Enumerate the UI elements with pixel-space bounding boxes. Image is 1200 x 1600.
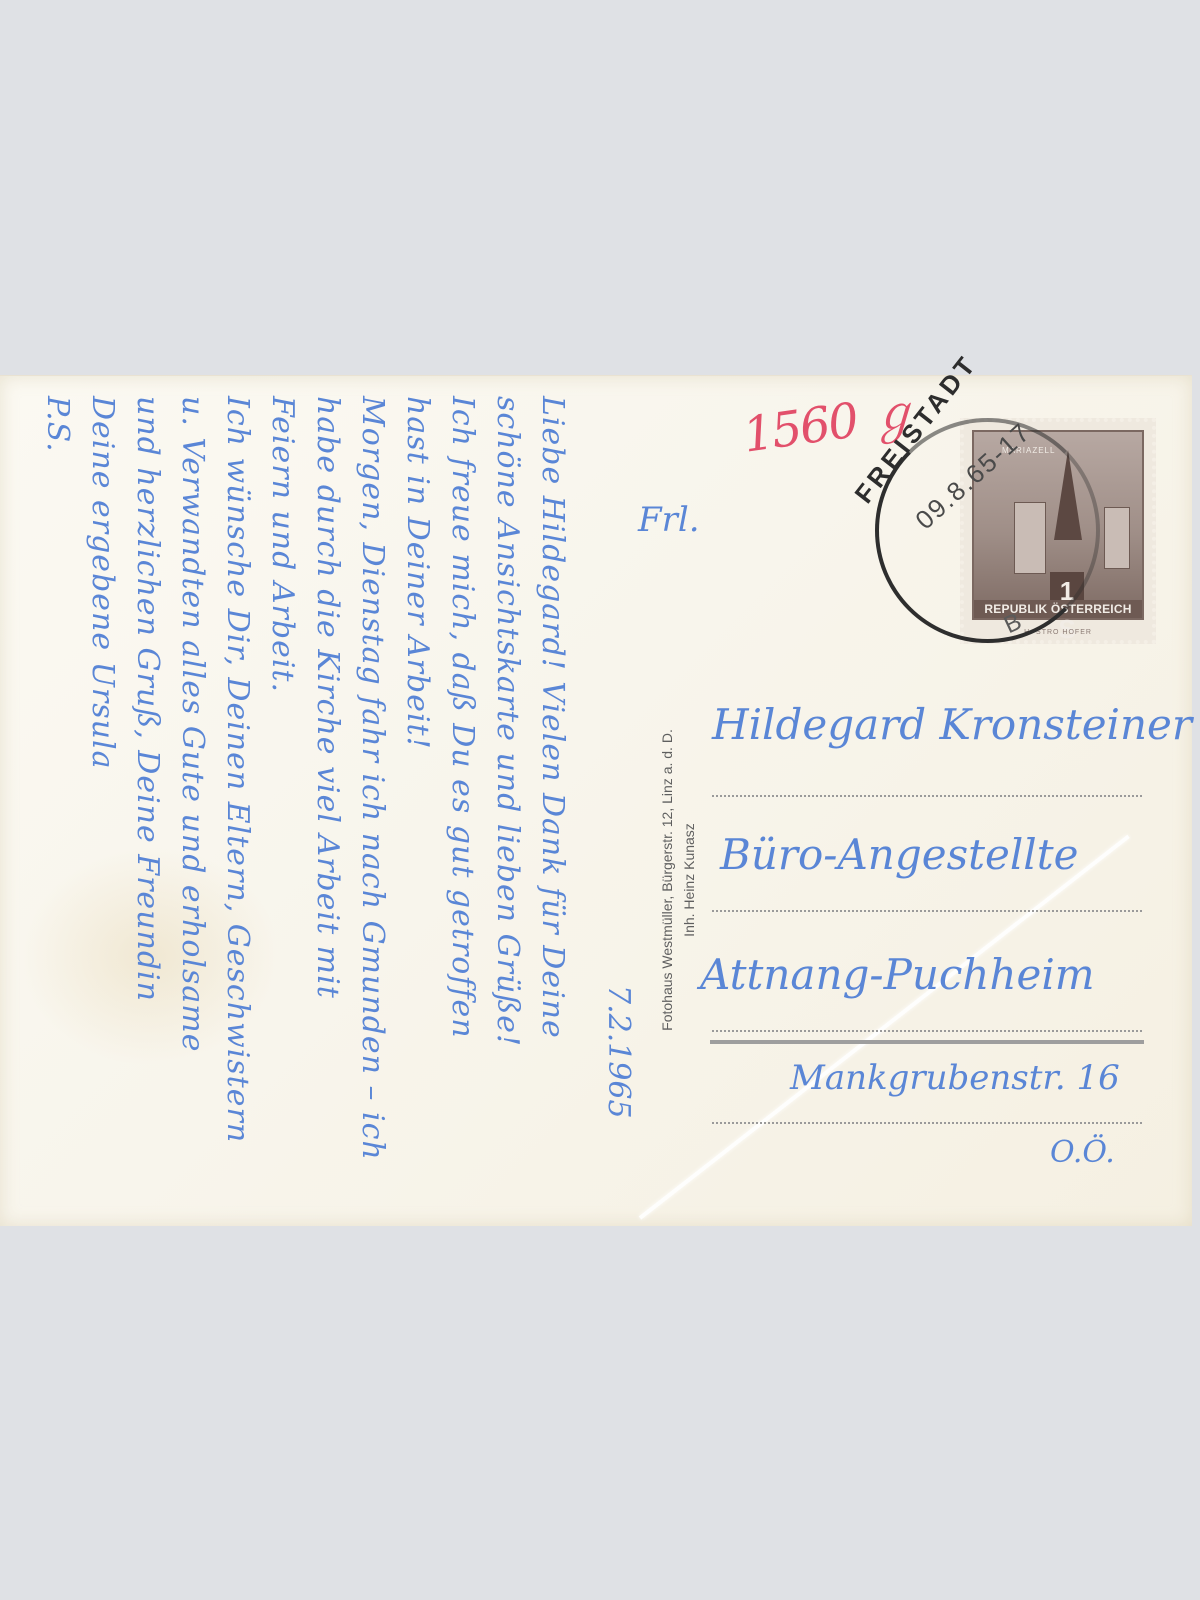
handwritten-message: Liebe Hildegard! Vielen Dank für Deine s… xyxy=(35,396,575,1196)
recipient-town: Attnang-Puchheim xyxy=(700,950,1095,999)
message-line: Feiern und Arbeit. xyxy=(260,396,305,1196)
recipient-street: Mankgrubenstr. 16 xyxy=(790,1058,1120,1098)
message-line: Ich wünsche Dir, Deinen Eltern, Geschwis… xyxy=(215,396,260,1196)
address-line-4 xyxy=(712,1122,1142,1124)
message-line: Ich freue mich, daß Du es gut getroffen xyxy=(440,396,485,1196)
message-line: und herzlichen Gruß, Deine Freundin xyxy=(125,396,170,1196)
recipient-salutation: Frl. xyxy=(638,500,700,540)
message-line: u. Verwandten alles Gute und erholsame xyxy=(170,396,215,1196)
publisher-owner: Inh. Heinz Kunasz xyxy=(678,660,700,1100)
publisher-imprint: Fotohaus Westmüller, Bürgerstr. 12, Linz… xyxy=(656,660,700,1100)
recipient-name: Hildegard Kronsteiner xyxy=(712,700,1192,749)
recipient-occupation: Büro-Angestellte xyxy=(720,830,1078,879)
message-line: Liebe Hildegard! Vielen Dank für Deine xyxy=(530,396,575,1196)
church-tower-icon xyxy=(1104,507,1130,569)
address-line-2 xyxy=(712,910,1142,912)
message-line: habe durch die Kirche viel Arbeit mit xyxy=(305,396,350,1196)
address-line-3 xyxy=(712,1030,1142,1032)
message-line: Morgen, Dienstag fahr ich nach Gmunden –… xyxy=(350,396,395,1196)
address-line-1 xyxy=(712,795,1142,797)
recipient-region: O.Ö. xyxy=(1050,1135,1115,1170)
message-line: P.S. xyxy=(35,396,80,1196)
date-written: 7.2.1965 xyxy=(601,985,636,1119)
message-line: Deine ergebene Ursula xyxy=(80,396,125,1196)
message-line: schöne Ansichtskarte und lieben Grüße! xyxy=(485,396,530,1196)
message-line: hast in Deiner Arbeit! xyxy=(395,396,440,1196)
publisher-line: Fotohaus Westmüller, Bürgerstr. 12, Linz… xyxy=(656,660,678,1100)
